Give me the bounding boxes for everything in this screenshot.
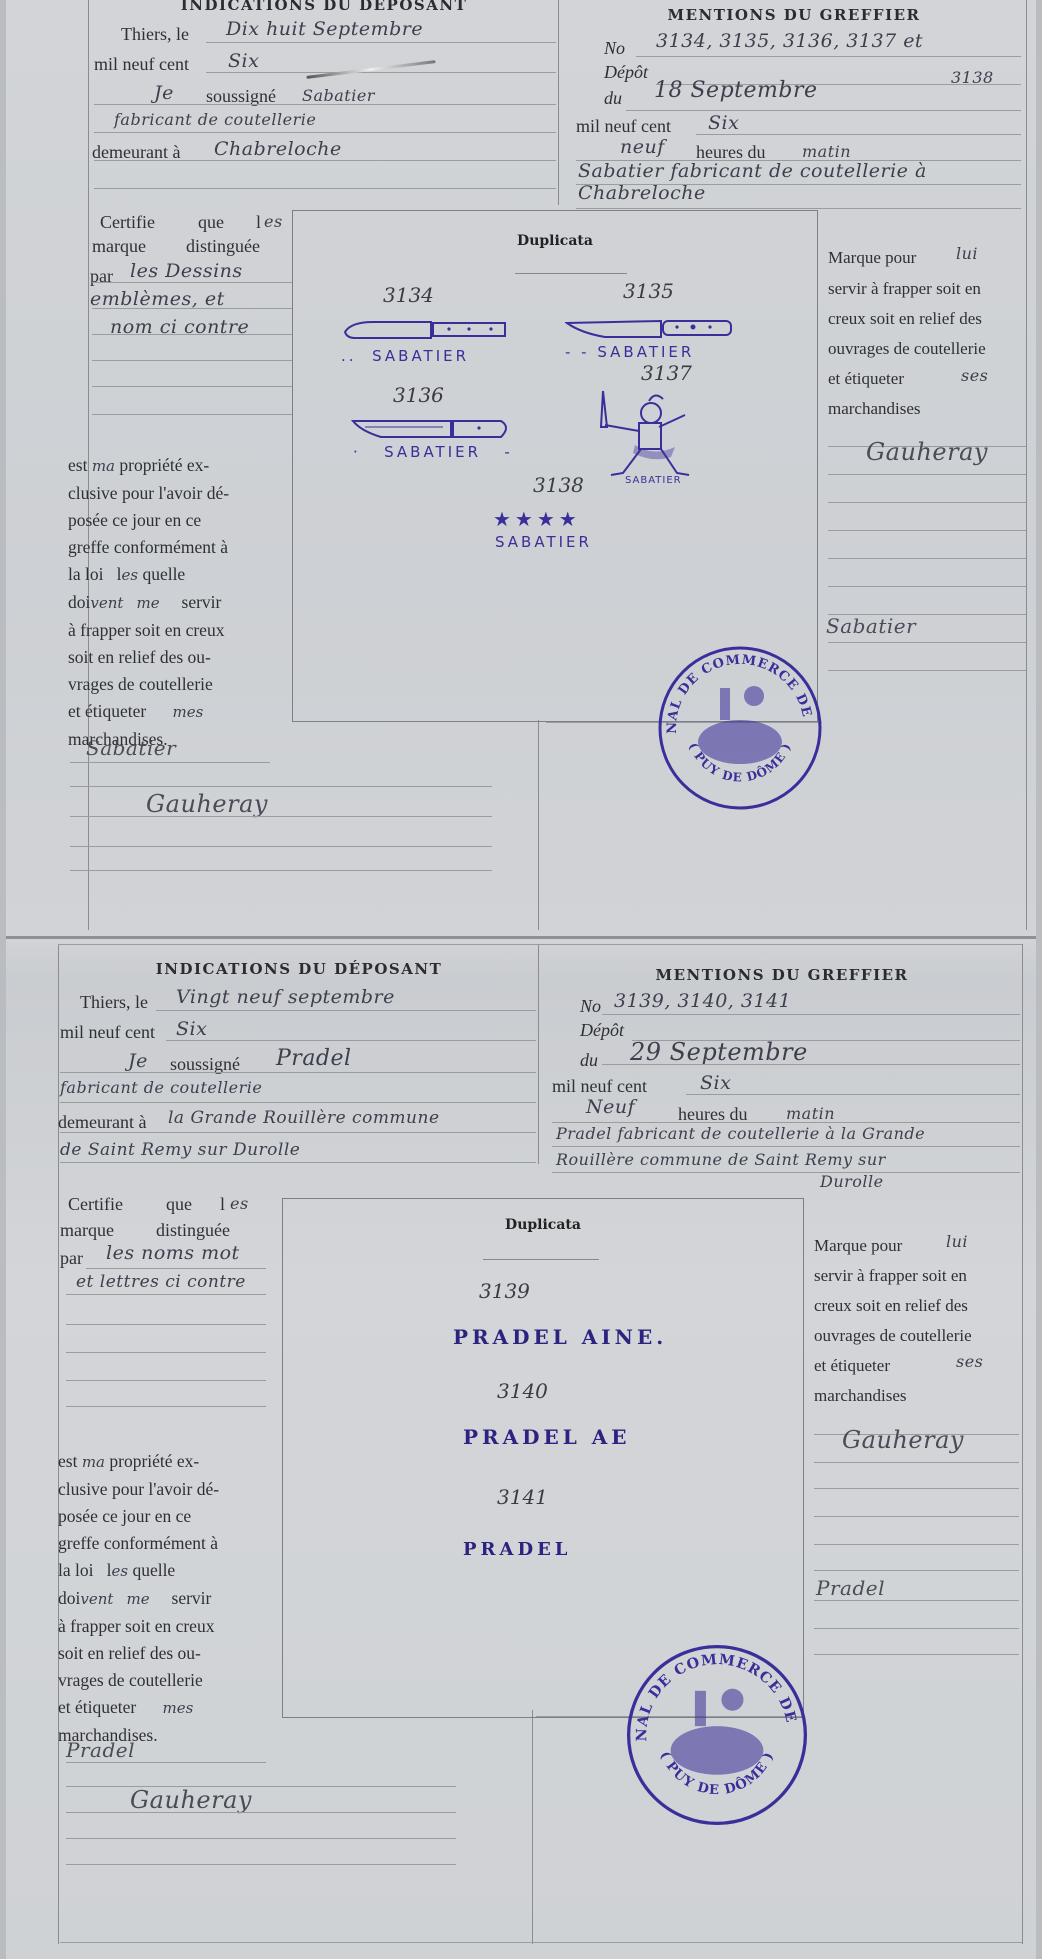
etiqueter-label: et étiqueter — [828, 369, 904, 389]
doivent-hw: vent — [80, 1590, 113, 1608]
marques-label: marque — [60, 1220, 114, 1241]
left-margin-rule — [58, 944, 59, 1944]
rule — [92, 334, 292, 335]
profession-handwritten: fabricant de coutellerie — [60, 1078, 262, 1097]
rule — [94, 188, 556, 189]
greffier-deposant-line2: Chabreloche — [578, 182, 706, 204]
rule — [602, 1064, 1020, 1065]
duplicata-title: Duplicata — [283, 1217, 803, 1233]
record-divider — [6, 936, 1036, 939]
rule — [814, 1570, 1019, 1571]
par-handwritten: les Dessins — [130, 260, 243, 282]
deposant-heading: INDICATIONS DU DÉPOSANT — [90, 0, 558, 14]
para-line: posée ce jour en ce — [58, 1503, 272, 1530]
etiqueter-label: et étiqueter — [68, 701, 146, 721]
matin-handwritten: matin — [802, 142, 851, 161]
heure-handwritten: Neuf — [586, 1096, 635, 1118]
rule — [626, 110, 1021, 111]
greffier-deposant-line2: Rouillère commune de Saint Remy sur — [556, 1150, 886, 1169]
address-line2-handwritten: de Saint Remy sur Durolle — [60, 1140, 300, 1160]
etiqueter-label: et étiqueter — [58, 1697, 136, 1717]
mark-stamp: SABATIER — [384, 443, 481, 461]
rule — [66, 1838, 456, 1839]
text-line: ouvrages de coutellerie — [828, 339, 986, 359]
pronoun-handwritten: Je — [128, 1050, 148, 1072]
rule — [576, 208, 1021, 209]
mark-number: 3134 — [383, 283, 434, 307]
rule — [828, 642, 1026, 643]
rule — [70, 816, 492, 817]
matin-handwritten: matin — [786, 1104, 835, 1123]
rule — [814, 1462, 1019, 1463]
rule — [58, 944, 1022, 945]
certifie-label: Certifie — [68, 1194, 123, 1215]
mark-number: 3140 — [497, 1379, 548, 1403]
greffier-signature: Gauheray — [842, 1426, 964, 1454]
column-divider — [538, 944, 539, 1164]
que-label: que — [198, 212, 224, 233]
register-page: INDICATIONS DU DÉPOSANT Thiers, le Dix h… — [6, 0, 1036, 1959]
pin-icon — [306, 60, 435, 79]
les-handwritten: es — [264, 212, 283, 231]
mark-number: 3136 — [393, 383, 444, 407]
doivent-hw: vent — [90, 594, 123, 612]
para-line: vrages de coutellerie — [68, 671, 290, 698]
lesquelles-suffix: quelle — [132, 1560, 175, 1580]
rule — [828, 474, 1026, 475]
doivent-label: doi — [68, 592, 90, 612]
bowie-knife-icon — [351, 417, 515, 443]
rule — [66, 1762, 266, 1763]
servir-label: servir — [182, 592, 222, 612]
svg-text:TRIBUNAL DE COMMERCE DE THIERS: TRIBUNAL DE COMMERCE DE THIERS — [654, 642, 815, 734]
year-label: mil neuf cent — [94, 54, 189, 75]
rule — [206, 42, 556, 43]
para-line: greffe conformément à — [68, 534, 290, 561]
rule — [60, 1132, 536, 1133]
mes-hw: mes — [172, 703, 203, 721]
rule — [92, 282, 292, 283]
greffier-date-handwritten: 18 Septembre — [654, 78, 818, 103]
stamp-prefix: · — [353, 443, 361, 461]
par-label: par — [60, 1248, 83, 1269]
rule — [166, 1040, 536, 1041]
thiers-le-label: Thiers, le — [80, 992, 148, 1013]
greffier-heading: MENTIONS DU GREFFIER — [562, 6, 1026, 24]
rule — [686, 1094, 1020, 1095]
right-margin-rule — [1022, 944, 1023, 1944]
para-line: propriété ex- — [119, 455, 209, 475]
pronoun-handwritten: Je — [154, 82, 174, 104]
greffier-deposant-line3: Durolle — [820, 1172, 884, 1191]
rule — [70, 762, 270, 763]
lesquelles-hw: es — [111, 1562, 128, 1580]
rule — [483, 1259, 599, 1260]
column-divider-lower — [532, 1710, 533, 1944]
me-hw: me — [127, 1590, 150, 1608]
rule — [94, 160, 556, 161]
du-label: du — [580, 1050, 598, 1071]
la-loi: la loi — [68, 564, 103, 584]
est-label: est — [58, 1451, 77, 1471]
duplicata-title: Duplicata — [293, 233, 817, 249]
greffier-signature-left: Gauheray — [146, 790, 268, 818]
servir-label: servir — [172, 1588, 212, 1608]
rule — [60, 1102, 536, 1103]
rule — [70, 846, 492, 847]
text-line: servir à frapper soit en — [828, 279, 981, 299]
deposant-signature: Pradel — [66, 1738, 135, 1762]
greffier-year-handwritten: Six — [700, 1072, 731, 1094]
greffier-date-handwritten: 29 Septembre — [630, 1038, 808, 1066]
rule — [66, 1786, 456, 1787]
para-line: soit en relief des ou- — [68, 644, 290, 671]
doivent-label: doi — [58, 1588, 80, 1608]
demeurant-label: demeurant à — [58, 1112, 146, 1133]
rule — [66, 1864, 456, 1865]
rule — [66, 1812, 456, 1813]
desc-line2: emblèmes, et — [90, 288, 225, 310]
par-handwritten: les noms mot — [106, 1242, 240, 1264]
no-label: No — [580, 996, 601, 1017]
rule — [828, 670, 1026, 671]
les-handwritten: es — [230, 1194, 249, 1213]
greffier-year-handwritten: Six — [708, 112, 739, 134]
rule — [814, 1544, 1019, 1545]
me-hw: me — [137, 594, 160, 612]
rule — [814, 1488, 1019, 1489]
svg-text:TRIBUNAL DE COMMERCE DE THIERS: TRIBUNAL DE COMMERCE DE THIERS — [622, 1640, 800, 1741]
para-line: greffe conformément à — [58, 1530, 272, 1557]
para-line: vrages de coutellerie — [58, 1667, 272, 1694]
greffier-deposant-line1: Pradel fabricant de coutellerie à la Gra… — [556, 1124, 925, 1143]
text-line: creux soit en relief des — [828, 309, 982, 329]
rule — [92, 386, 292, 387]
mes-hw: mes — [162, 1699, 193, 1717]
rule — [828, 586, 1026, 587]
que-label: que — [166, 1194, 192, 1215]
mark-number: 3139 — [479, 1279, 530, 1303]
par-label: par — [90, 266, 113, 287]
etiqueter-label: et étiqueter — [814, 1356, 890, 1376]
address-handwritten: la Grande Rouillère commune — [168, 1108, 440, 1128]
stamp-prefix: .. — [341, 347, 357, 365]
greffier-deposant-line1: Sabatier fabricant de coutellerie à — [578, 160, 927, 182]
mark-stamp: SABATIER — [372, 347, 469, 365]
ma-handwritten: ma — [82, 1453, 105, 1471]
text-line: servir à frapper soit en — [814, 1266, 967, 1286]
depot-label: Dépôt — [604, 62, 648, 83]
mark-number: 3135 — [623, 279, 674, 303]
rule — [814, 1654, 1019, 1655]
mark-stamp: PRADEL AINE. — [453, 1325, 667, 1349]
mark-stamp: SABATIER — [495, 533, 592, 551]
rule — [66, 1380, 266, 1381]
rule — [60, 1072, 536, 1073]
rule — [156, 1010, 536, 1011]
lui-handwritten: lui — [956, 244, 978, 263]
greffier-signature: Gauheray — [866, 438, 988, 466]
address-handwritten: Chabreloche — [214, 138, 342, 160]
rule — [636, 56, 1021, 57]
marchandises-label: marchandises — [828, 399, 921, 419]
rule — [814, 1600, 1019, 1601]
greffier-year-label: mil neuf cent — [552, 1076, 647, 1097]
greffier-signature-left: Gauheray — [130, 1786, 252, 1814]
mark-number: 3141 — [497, 1485, 548, 1509]
deposant-name-handwritten: Sabatier — [302, 86, 375, 105]
running-cook-icon — [593, 387, 703, 487]
mark-stamp: PRADEL — [463, 1539, 571, 1560]
rule — [92, 308, 292, 309]
du-label: du — [604, 88, 622, 109]
rule — [60, 1942, 1022, 1943]
para-line: posée ce jour en ce — [68, 507, 290, 534]
mark-number: 3137 — [641, 361, 692, 385]
record-sabatier: INDICATIONS DU DÉPOSANT Thiers, le Dix h… — [6, 0, 1036, 935]
year-handwritten: Six — [176, 1018, 207, 1040]
rule — [92, 360, 292, 361]
knife-icon — [343, 319, 509, 345]
four-stars-icon: ★★★★ — [493, 507, 581, 531]
text-line: ouvrages de coutellerie — [814, 1326, 972, 1346]
year-handwritten: Six — [228, 50, 259, 72]
deposant-signature-right: Pradel — [816, 1576, 885, 1600]
rule — [60, 1162, 536, 1163]
la-loi: la loi — [58, 1560, 93, 1580]
heure-handwritten: neuf — [620, 136, 665, 158]
est-label: est — [68, 455, 87, 475]
right-margin-rule — [1026, 0, 1027, 930]
ma-handwritten: ma — [92, 457, 115, 475]
stamp-suffix: - — [504, 443, 512, 461]
rule — [552, 1172, 1020, 1173]
certifie-label: Certifie — [100, 212, 155, 233]
mark-number: 3138 — [533, 473, 584, 497]
les-prefix: l — [220, 1194, 225, 1215]
chef-knife-icon — [565, 317, 737, 343]
deposit-date-handwritten: Vingt neuf septembre — [176, 986, 395, 1008]
rule — [94, 104, 556, 105]
les-prefix: l — [256, 212, 261, 233]
stamp-prefix: - - — [565, 343, 590, 361]
rule — [814, 1516, 1019, 1517]
rule — [92, 414, 292, 415]
para-line: à frapper soit en creux — [58, 1613, 272, 1640]
lui-handwritten: lui — [946, 1232, 968, 1251]
deposit-numbers-handwritten: 3139, 3140, 3141 — [614, 990, 791, 1012]
deposant-name-handwritten: Pradel — [276, 1046, 352, 1071]
rule — [70, 870, 492, 871]
rule — [552, 1122, 1020, 1123]
deposant-signature-right: Sabatier — [826, 614, 916, 638]
rule — [828, 558, 1026, 559]
rule — [66, 1324, 266, 1325]
rule — [828, 502, 1026, 503]
marchandises-label: marchandises — [814, 1386, 907, 1406]
column-divider — [558, 0, 559, 205]
ses-handwritten: ses — [956, 1352, 983, 1371]
deposit-numbers-handwritten: 3134, 3135, 3136, 3137 et — [656, 30, 923, 52]
thiers-le-label: Thiers, le — [121, 24, 189, 45]
lesquelles-suffix: quelle — [142, 564, 185, 584]
distinguees-label: distinguée — [156, 1220, 230, 1241]
para-line: soit en relief des ou- — [58, 1640, 272, 1667]
deposant-heading: INDICATIONS DU DÉPOSANT — [60, 960, 538, 978]
rule — [515, 273, 627, 274]
rule — [66, 1294, 266, 1295]
profession-handwritten: fabricant de coutellerie — [114, 110, 316, 129]
rule — [66, 1406, 266, 1407]
rule — [94, 132, 556, 133]
marque-pour-label: Marque pour — [828, 248, 916, 268]
record-pradel: INDICATIONS DU DÉPOSANT Thiers, le Vingt… — [6, 940, 1036, 1950]
year-label: mil neuf cent — [60, 1022, 155, 1043]
rule — [828, 530, 1026, 531]
deposit-date-handwritten: Dix huit Septembre — [226, 18, 423, 40]
mark-stamp: SABATIER — [625, 475, 682, 486]
rule — [602, 1014, 1020, 1015]
rule — [696, 134, 1021, 135]
lesquelles-hw: es — [121, 566, 138, 584]
tribunal-seal-icon: TRIBUNAL DE COMMERCE DE THIERS ( PUY DE … — [622, 1640, 812, 1830]
rule — [206, 72, 556, 73]
para-line: à frapper soit en creux — [68, 617, 290, 644]
marques-label: marque — [92, 236, 146, 257]
mark-stamp: PRADEL AE — [463, 1425, 631, 1449]
para-line: clusive pour l'avoir dé- — [58, 1476, 272, 1503]
marque-pour-label: Marque pour — [814, 1236, 902, 1256]
rule — [86, 1268, 266, 1269]
rule — [70, 786, 492, 787]
distinguees-label: distinguée — [186, 236, 260, 257]
tribunal-seal-icon: TRIBUNAL DE COMMERCE DE THIERS ( PUY DE … — [654, 642, 826, 814]
deposant-signature: Sabatier — [86, 736, 176, 760]
text-line: creux soit en relief des — [814, 1296, 968, 1316]
propriete-paragraph: est ma propriété ex- clusive pour l'avoi… — [58, 1448, 272, 1749]
mark-stamp: SABATIER — [597, 343, 694, 361]
rule — [814, 1628, 1019, 1629]
greffier-heading: MENTIONS DU GREFFIER — [542, 966, 1022, 984]
column-divider-lower — [538, 720, 539, 930]
desc-line2: et lettres ci contre — [76, 1272, 246, 1292]
propriete-paragraph: est ma propriété ex- clusive pour l'avoi… — [68, 452, 290, 753]
no-label: No — [604, 38, 625, 59]
ses-handwritten: ses — [961, 366, 988, 385]
rule — [66, 1352, 266, 1353]
rule — [552, 1146, 1020, 1147]
greffier-year-label: mil neuf cent — [576, 116, 671, 137]
para-line: clusive pour l'avoir dé- — [68, 480, 290, 507]
depot-label: Dépôt — [580, 1020, 624, 1041]
para-line: propriété ex- — [109, 1451, 199, 1471]
